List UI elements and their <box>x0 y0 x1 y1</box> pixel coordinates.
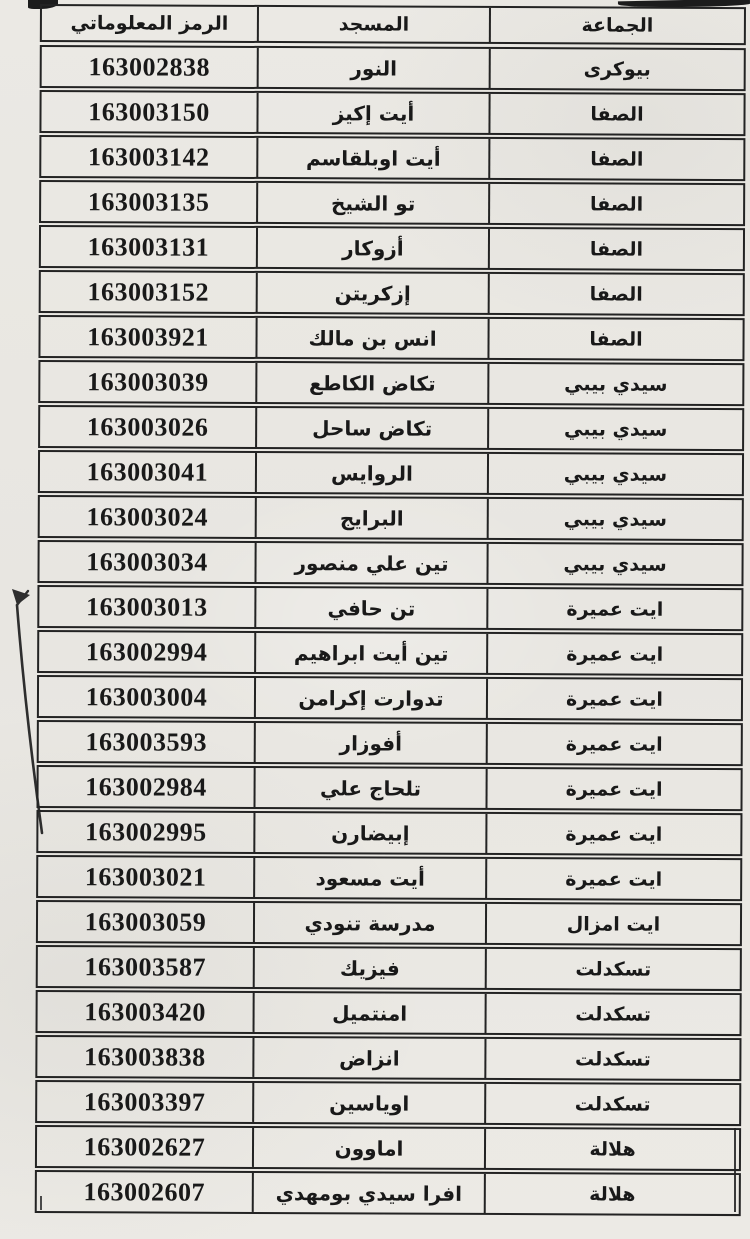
mosque-cell: البرايج <box>255 498 489 538</box>
mosque-cell: تلحاج علي <box>253 768 487 808</box>
mosque-cell: اماوون <box>252 1128 486 1168</box>
mosque-cell: تكاض ساحل <box>255 408 489 448</box>
mosque-cell: مدرسة تنودي <box>253 903 487 943</box>
mosque-cell: اوياسين <box>252 1083 486 1123</box>
commune-cell: تسكدلت <box>487 994 740 1034</box>
mosque-cell: تدوارت إكرامن <box>254 678 488 718</box>
code-cell: 163003397 <box>37 1082 252 1122</box>
table-row: 163003059مدرسة تنوديايت امزال <box>36 900 742 946</box>
mosque-cell: إبيضارن <box>253 813 487 853</box>
code-cell: 163002984 <box>39 767 254 807</box>
code-cell: 163003059 <box>38 902 253 942</box>
commune-cell: سيدي بيبي <box>489 364 742 404</box>
commune-cell: الصفا <box>490 94 743 134</box>
commune-cell: ايت عميرة <box>488 724 741 764</box>
code-cell: 163002995 <box>38 812 253 852</box>
table-row: 163003593أفوزارايت عميرة <box>37 720 743 766</box>
table-header-row: الرمز المعلوماتي المسجد الجماعة <box>40 4 746 45</box>
mosque-cell: امنتميل <box>253 993 487 1033</box>
code-cell: 163003013 <box>39 587 254 627</box>
code-cell: 163003131 <box>41 227 256 267</box>
code-cell: 163002838 <box>42 47 257 87</box>
code-cell: 163003587 <box>38 947 253 987</box>
commune-cell: ايت عميرة <box>487 769 740 809</box>
column-header-code: الرمز المعلوماتي <box>42 6 257 41</box>
commune-cell: تسكدلت <box>487 949 740 989</box>
mosque-registry-table: الرمز المعلوماتي المسجد الجماعة 16300283… <box>35 4 746 1218</box>
commune-cell: هلالة <box>486 1129 739 1169</box>
code-cell: 163003135 <box>41 182 256 222</box>
table-row: 163003142أيت اوبلقاسمالصفا <box>39 135 745 181</box>
mosque-cell: إزكريتن <box>256 273 490 313</box>
commune-cell: ايت عميرة <box>488 634 741 674</box>
commune-cell: ايت عميرة <box>488 589 741 629</box>
column-header-mosque: المسجد <box>257 7 491 42</box>
mosque-cell: الروايس <box>255 453 489 493</box>
table-row: 163003131أزوكارالصفا <box>39 225 745 271</box>
commune-cell: سيدي بيبي <box>489 409 742 449</box>
commune-cell: بيوكرى <box>491 49 744 89</box>
code-cell: 163003004 <box>39 677 254 717</box>
mosque-cell: أيت اوبلقاسم <box>256 138 490 178</box>
code-cell: 163003921 <box>40 317 255 357</box>
code-cell: 163003039 <box>40 362 255 402</box>
table-row: 163003150أيت إكيزالصفا <box>39 90 745 136</box>
commune-cell: الصفا <box>490 274 743 314</box>
table-row: 163003026تكاض ساحلسيدي بيبي <box>38 405 744 451</box>
commune-cell: الصفا <box>490 229 743 269</box>
column-header-commune: الجماعة <box>491 8 744 43</box>
mosque-cell: تو الشيخ <box>256 183 490 223</box>
table-row: 163003420امنتميلتسكدلت <box>36 990 742 1036</box>
mosque-cell: تن حافي <box>254 588 488 628</box>
mosque-cell: انس بن مالك <box>255 318 489 358</box>
mosque-cell: أزوكار <box>256 228 490 268</box>
commune-cell: الصفا <box>490 139 743 179</box>
commune-cell: الصفا <box>490 184 743 224</box>
commune-cell: ايت امزال <box>487 904 740 944</box>
commune-cell: هلالة <box>486 1174 739 1214</box>
code-cell: 163003838 <box>37 1037 252 1077</box>
table-row: 163002607افرا سيدي بومهديهلالة <box>35 1170 741 1216</box>
code-cell: 163003024 <box>40 497 255 537</box>
code-cell: 163002627 <box>37 1127 252 1167</box>
table-row: 163003041الروايسسيدي بيبي <box>38 450 744 496</box>
table-row: 163002838النوربيوكرى <box>40 45 746 91</box>
table-row: 163003397اوياسينتسكدلت <box>35 1080 741 1126</box>
code-cell: 163003142 <box>41 137 256 177</box>
table-row: 163003587فيزيكتسكدلت <box>36 945 742 991</box>
mosque-cell: أيت إكيز <box>256 93 490 133</box>
table-row: 163003013تن حافيايت عميرة <box>37 585 743 631</box>
table-row: 163003152إزكريتنالصفا <box>39 270 745 316</box>
table-row: 163003921انس بن مالكالصفا <box>38 315 744 361</box>
code-cell: 163003021 <box>38 857 253 897</box>
commune-cell: تسكدلت <box>486 1084 739 1124</box>
code-cell: 163002607 <box>37 1172 252 1212</box>
code-cell: 163003034 <box>39 542 254 582</box>
commune-cell: ايت عميرة <box>488 679 741 719</box>
scanned-document-page: الرمز المعلوماتي المسجد الجماعة 16300283… <box>0 0 750 1239</box>
code-cell: 163003026 <box>40 407 255 447</box>
table-row: 163003039تكاض الكاطعسيدي بيبي <box>38 360 744 406</box>
table-row: 163002984تلحاج عليايت عميرة <box>36 765 742 811</box>
table-row: 163003135تو الشيخالصفا <box>39 180 745 226</box>
table-body: 163002838النوربيوكرى163003150أيت إكيزالص… <box>35 45 746 1216</box>
mosque-cell: فيزيك <box>253 948 487 988</box>
commune-cell: سيدي بيبي <box>489 499 742 539</box>
code-cell: 163003420 <box>38 992 253 1032</box>
mosque-cell: تين أيت ابراهيم <box>254 633 488 673</box>
table-row: 163003024البرايجسيدي بيبي <box>38 495 744 541</box>
mosque-cell: النور <box>257 48 491 88</box>
commune-cell: سيدي بيبي <box>488 544 741 584</box>
code-cell: 163003150 <box>41 92 256 132</box>
commune-cell: تسكدلت <box>486 1039 739 1079</box>
table-row: 163003034تين علي منصورسيدي بيبي <box>37 540 743 586</box>
table-row: 163003021أيت مسعودايت عميرة <box>36 855 742 901</box>
table-row: 163002994تين أيت ابراهيمايت عميرة <box>37 630 743 676</box>
commune-cell: ايت عميرة <box>487 859 740 899</box>
mosque-cell: تكاض الكاطع <box>255 363 489 403</box>
table-row: 163002627اماوونهلالة <box>35 1125 741 1171</box>
mosque-cell: أفوزار <box>254 723 488 763</box>
mosque-cell: تين علي منصور <box>254 543 488 583</box>
mosque-cell: أيت مسعود <box>253 858 487 898</box>
table-row: 163002995إبيضارنايت عميرة <box>36 810 742 856</box>
code-cell: 163003152 <box>41 272 256 312</box>
code-cell: 163003041 <box>40 452 255 492</box>
mosque-cell: انزاض <box>252 1038 486 1078</box>
commune-cell: سيدي بيبي <box>489 454 742 494</box>
commune-cell: ايت عميرة <box>487 814 740 854</box>
table-row: 163003004تدوارت إكرامنايت عميرة <box>37 675 743 721</box>
commune-cell: الصفا <box>489 319 742 359</box>
mosque-cell: افرا سيدي بومهدي <box>252 1173 486 1213</box>
code-cell: 163002994 <box>39 632 254 672</box>
table-row: 163003838انزاضتسكدلت <box>35 1035 741 1081</box>
code-cell: 163003593 <box>39 722 254 762</box>
